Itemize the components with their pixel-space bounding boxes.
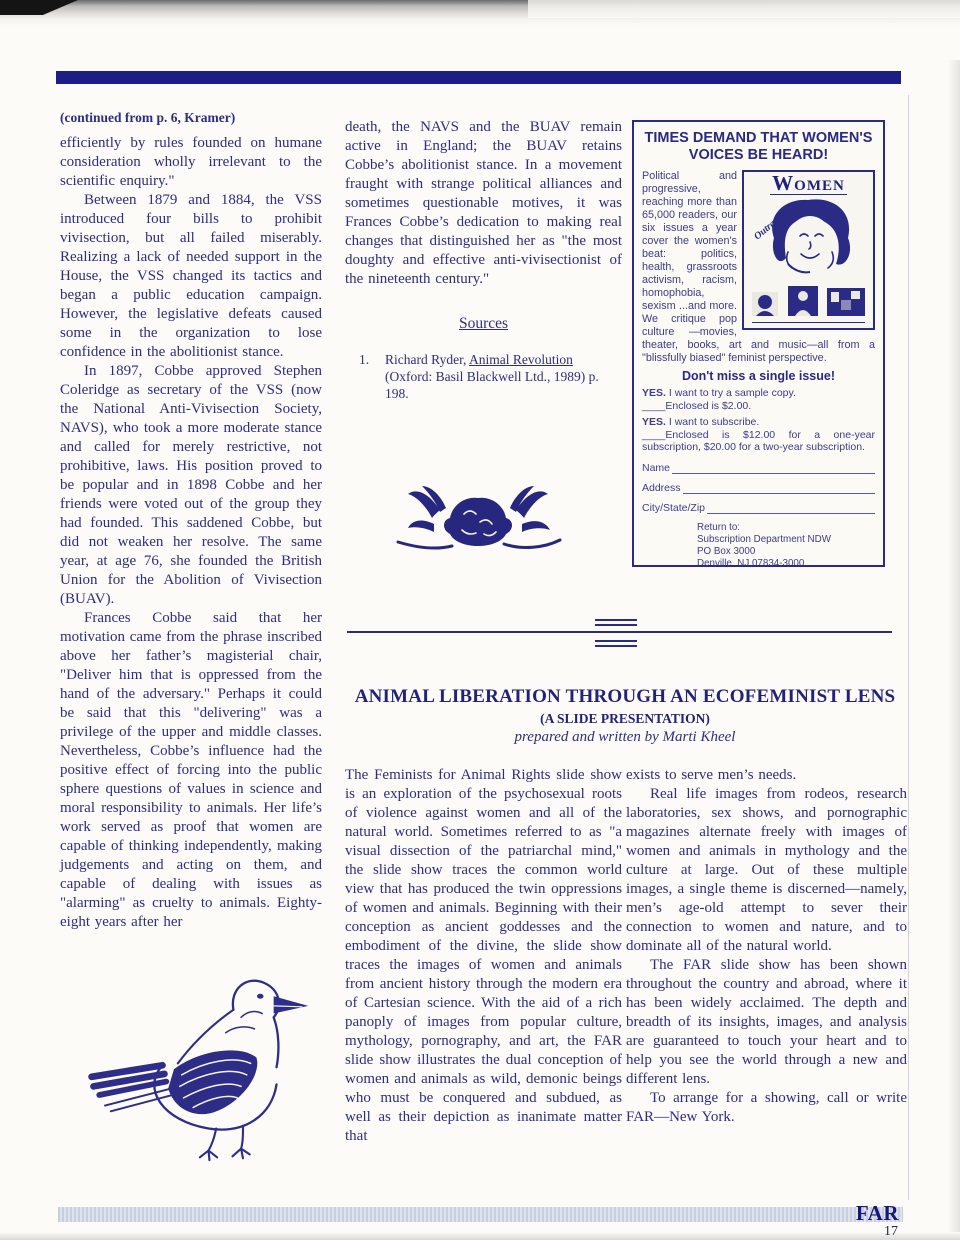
footer-brand: FAR	[856, 1201, 899, 1226]
scan-edge-right	[948, 60, 960, 1240]
magazine-cover: WOMEN Outrageous	[742, 170, 875, 330]
offer-price-line: ____Enclosed is $2.00.	[642, 400, 751, 412]
ad-headline: TIMES DEMAND THAT WOMEN'S VOICES BE HEAR…	[642, 130, 875, 164]
field-label: Name	[642, 462, 670, 474]
article1-column-middle: death, the NAVS and the BUAV remain acti…	[345, 118, 622, 402]
masthead-text: WOMEN	[770, 177, 847, 195]
source-item: 1. Richard Ryder, Animal Revolution (Oxf…	[345, 351, 622, 402]
continued-note: (continued from p. 6, Kramer)	[60, 110, 322, 126]
newsletter-page: (continued from p. 6, Kramer) efficientl…	[0, 0, 960, 1240]
vegetables-icon	[388, 480, 568, 564]
source-number: 1.	[359, 351, 385, 402]
form-field-address: Address	[642, 482, 875, 494]
return-address-block: Return to: Subscription Department NDW P…	[697, 522, 875, 568]
top-rule-bar	[56, 71, 901, 84]
field-blank-line	[672, 462, 875, 474]
section-divider	[347, 619, 892, 649]
article1-column-left: (continued from p. 6, Kramer) efficientl…	[60, 110, 322, 932]
article2-subtitle: (A SLIDE PRESENTATION)	[345, 711, 905, 727]
paragraph: exists to serve men’s needs.	[626, 766, 907, 785]
offer-price-line: ____Enclosed is $12.00 for a one-year su…	[642, 429, 875, 454]
divider-mark	[595, 645, 637, 647]
paragraph: death, the NAVS and the BUAV remain acti…	[345, 118, 622, 289]
paragraph: The FAR slide show has been shown throug…	[626, 956, 907, 1089]
sources-section: Sources 1. Richard Ryder, Animal Revolut…	[345, 315, 622, 402]
offer-subscribe: YES. I want to subscribe. ____Enclosed i…	[642, 416, 875, 454]
field-label: City/State/Zip	[642, 502, 705, 514]
footer-bar: FAR	[58, 1207, 903, 1222]
thumbnail-photo-icon	[788, 286, 818, 316]
source-citation: Richard Ryder, Animal Revolution (Oxford…	[385, 351, 600, 402]
paragraph: Frances Cobbe said that her motivation c…	[60, 609, 322, 932]
cover-rule	[752, 322, 865, 323]
page-number: 17	[884, 1224, 898, 1240]
citation-publisher: (Oxford: Basil Blackwell Ltd., 1989) p. …	[385, 369, 599, 401]
paragraph: The Feminists for Animal Rights slide sh…	[345, 766, 622, 1146]
article2-title: ANIMAL LIBERATION THROUGH AN ECOFEMINIST…	[345, 686, 905, 708]
seagull-icon	[82, 958, 312, 1163]
offer-text: I want to try a sample copy.	[666, 387, 796, 399]
field-blank-line	[683, 482, 875, 494]
offer-yes-label: YES.	[642, 416, 666, 428]
divider-mark	[595, 619, 637, 621]
seagull-illustration	[82, 958, 312, 1163]
cover-thumbnails	[752, 286, 865, 316]
article2-column-right: exists to serve men’s needs. Real life i…	[626, 766, 907, 1127]
return-line: PO Box 3000	[697, 546, 875, 558]
form-field-city-state-zip: City/State/Zip	[642, 502, 875, 514]
scan-edge-line	[908, 95, 909, 1200]
paragraph: Between 1879 and 1884, the VSS introduce…	[60, 191, 322, 362]
thumbnail-photo-icon	[752, 292, 778, 316]
return-label: Return to:	[697, 522, 875, 534]
offer-text: I want to subscribe.	[666, 416, 759, 428]
offer-yes-label: YES.	[642, 387, 666, 399]
field-label: Address	[642, 482, 681, 494]
field-blank-line	[707, 502, 875, 514]
offer-sample-copy: YES. I want to try a sample copy. ____En…	[642, 387, 875, 412]
subscription-ad-box: TIMES DEMAND THAT WOMEN'S VOICES BE HEAR…	[632, 120, 885, 567]
woman-portrait-icon	[758, 194, 862, 280]
magazine-masthead: WOMEN	[744, 177, 873, 195]
divider-mark	[595, 640, 637, 642]
divider-rule	[347, 631, 892, 633]
article2-header: ANIMAL LIBERATION THROUGH AN ECOFEMINIST…	[345, 686, 905, 746]
return-line: Subscription Department NDW	[697, 534, 875, 546]
sources-heading: Sources	[345, 315, 622, 333]
article2-column-left: The Feminists for Animal Rights slide sh…	[345, 766, 622, 1146]
scan-edge-top-light	[528, 0, 960, 18]
form-field-name: Name	[642, 462, 875, 474]
paragraph: efficiently by rules founded on humane c…	[60, 134, 322, 191]
paragraph: To arrange for a showing, call or write …	[626, 1089, 907, 1127]
ad-slogan: Don't miss a single issue!	[642, 369, 875, 383]
citation-author: Richard Ryder,	[385, 352, 469, 367]
vegetables-illustration	[388, 480, 568, 564]
ad-body-text: WOMEN Outrageous	[642, 170, 875, 365]
citation-title: Animal Revolution	[469, 352, 573, 367]
return-line: Denville, NJ 07834-3000	[697, 558, 875, 568]
paragraph: Real life images from rodeos, research l…	[626, 785, 907, 956]
article2-byline: prepared and written by Marti Kheel	[345, 729, 905, 746]
divider-mark	[595, 624, 637, 626]
paragraph: In 1897, Cobbe approved Stephen Coleridg…	[60, 362, 322, 609]
scan-edge-bottom	[0, 1232, 960, 1240]
thumbnail-photo-icon	[827, 288, 865, 316]
